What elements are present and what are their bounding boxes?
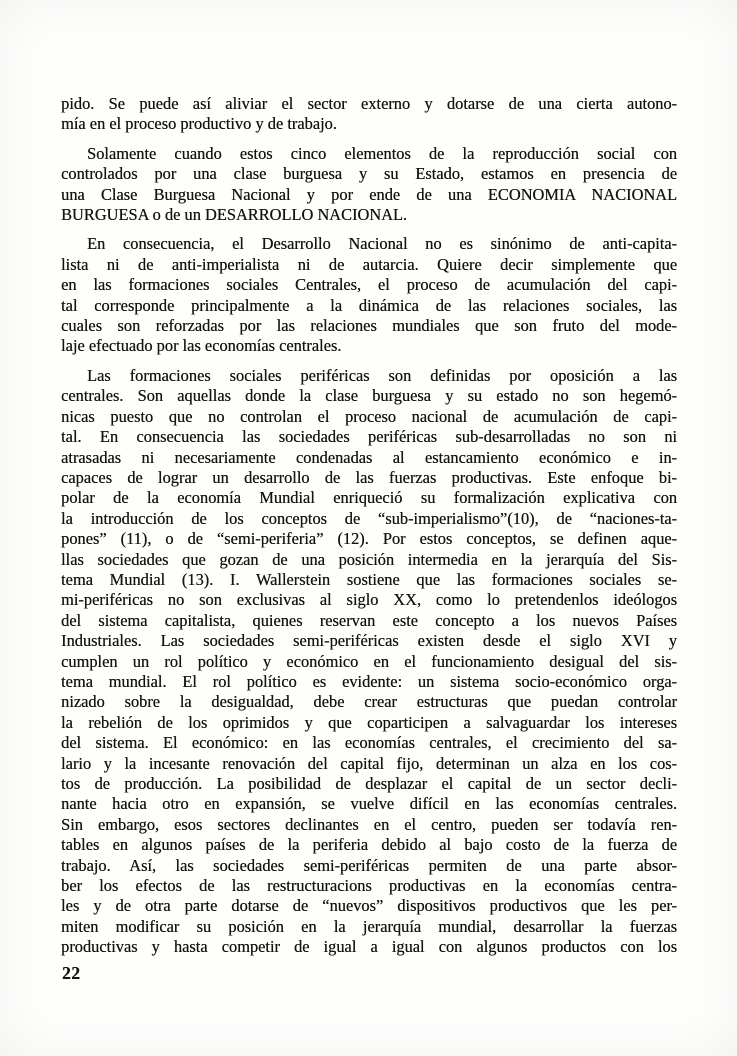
text-line: lista ni de anti-imperialista ni de auta… [61,255,677,275]
page-number: 22 [62,963,81,984]
text-line: pones” (11), o de “semi-periferia” (12).… [61,529,677,549]
text-line: capaces de lograr un desarrollo de las f… [61,468,677,488]
text-line: nicas puesto que no controlan el proceso… [61,407,677,427]
text-line: tos de producción. La posibilidad de des… [61,774,677,794]
text-line: cumplen un rol político y económico en e… [61,652,677,672]
text-line: nizado sobre la desigualdad, debe crear … [61,692,677,712]
paragraph: Las formaciones sociales periféricas son… [61,366,677,958]
text-line: les y de otra parte dotarse de “nuevos” … [61,896,677,916]
paragraph: En consecuencia, el Desarrollo Nacional … [61,234,677,356]
text-line: mi-periféricas no son exclusivas al sigl… [61,590,677,610]
text-line: centrales. Son aquellas donde la clase b… [61,386,677,406]
text-line: trabajo. Así, las sociedades semi-perifé… [61,856,677,876]
text-line: Industriales. Las sociedades semi-perifé… [61,631,677,651]
text-line: productivas y hasta competir de igual a … [61,937,677,957]
text-line: miten modificar su posición en la jerarq… [61,917,677,937]
text-line: la rebelión de los oprimidos y que copar… [61,713,677,733]
text-line: tema mundial. El rol político es evident… [61,672,677,692]
text-line: la introducción de los conceptos de “sub… [61,509,677,529]
text-line: mía en el proceso productivo y de trabaj… [61,114,677,134]
text-line: tal corresponde principalmente a la diná… [61,296,677,316]
text-line: en las formaciones sociales Centrales, e… [61,275,677,295]
text-line: controlados por una clase burguesa y su … [61,164,677,184]
text-line: atrasadas ni necesariamente condenadas a… [61,448,677,468]
text-line: nante hacia otro en expansión, se vuelve… [61,794,677,814]
scanned-book-page: pido. Se puede así aliviar el sector ext… [0,0,737,1056]
text-line: cuales son reforzadas por las relaciones… [61,316,677,336]
text-line: Sin embargo, esos sectores declinantes e… [61,815,677,835]
text-line: llas sociedades que gozan de una posició… [61,550,677,570]
text-line: tema Mundial (13). I. Wallerstein sostie… [61,570,677,590]
text-line: tables en algunos países de la periferia… [61,835,677,855]
paragraph: Solamente cuando estos cinco elementos d… [61,144,677,226]
text-line: pido. Se puede así aliviar el sector ext… [61,94,677,114]
text-line: BURGUESA o de un DESARROLLO NACIONAL. [61,205,677,225]
text-line: del sistema capitalista, quienes reserva… [61,611,677,631]
text-line: lario y la incesante renovación del capi… [61,754,677,774]
body-text: pido. Se puede así aliviar el sector ext… [61,94,677,967]
text-line: En consecuencia, el Desarrollo Nacional … [61,234,677,254]
text-line: una Clase Burguesa Nacional y por ende d… [61,185,677,205]
paragraph: pido. Se puede así aliviar el sector ext… [61,94,677,135]
text-line: laje efectuado por las economías central… [61,336,677,356]
text-line: ber los efectos de las restructuracions … [61,876,677,896]
text-line: polar de la economía Mundial enriqueció … [61,488,677,508]
text-line: Las formaciones sociales periféricas son… [61,366,677,386]
text-line: tal. En consecuencia las sociedades peri… [61,427,677,447]
text-line: Solamente cuando estos cinco elementos d… [61,144,677,164]
text-line: del sistema. El económico: en las econom… [61,733,677,753]
